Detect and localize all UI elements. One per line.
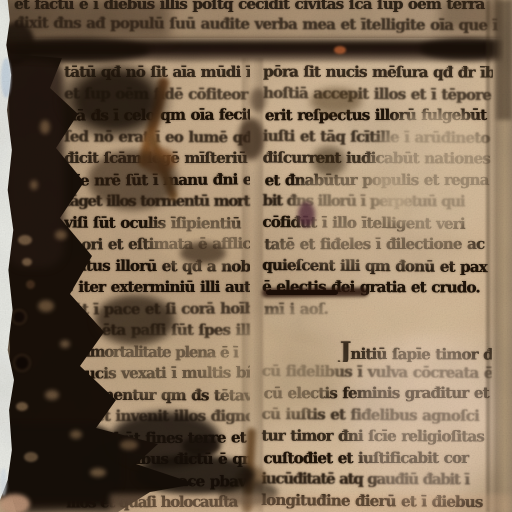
ember-spot [22,258,32,266]
text-line: mī i aoſ. [264,298,492,320]
text-line: Videbūt fines terre et mō [66,427,250,450]
text-line: et factū ē ī điebus illis poſtq ceciđit … [14,0,506,14]
text-line: et ſup oēm fidē cōfiteor qm [64,83,250,105]
burn-hole [13,354,31,372]
text-line: mori et eſtimata ē afflictio [66,233,250,256]
burn-hole-faint [26,280,35,289]
bottom-left-pink-corner [0,494,30,512]
burnt-text-remnant [40,120,50,134]
right-column-paragraph-1: pōra ſit nucis mēſura qđ đr ībihoſtiā ac… [262,62,493,321]
text-line: ſūt ī pace et ſi corā hoībus [66,298,250,321]
burnt-text-remnant [45,390,59,400]
text-line: ſed nō erat ī eo lumē qđ ē [64,126,250,148]
top-text-band: et factū ē ī điebus illis poſtq ceciđit … [14,0,506,34]
text-line: cū electis feminis građitur et [264,383,492,405]
text-line: rū īmortalitate plena ē ī [64,341,250,363]
text-line: erit reſpectus illorū fulgebūt [265,105,493,127]
text-line: aīe nrē ſūt ī manu đni et nō [66,169,250,192]
text-line: quieſcent illi qm đonū et pax [262,254,492,278]
text-line: đixit đns ađ populū ſuū auđite verba mea… [14,13,506,36]
paragraph-gap [262,319,492,340]
text-line: tātū qđ nō ſit aīa mūdi ī [64,62,250,84]
ember-spot [24,452,38,462]
ember-spot [18,235,32,245]
text-line: tāget illos tormentū mortis [64,191,250,213]
text-line: tāq aurū ī fornace pbavit [64,470,250,492]
text-line: điſcurrent iuđicabūt nationes [263,147,493,170]
text-line: đicit ſcām legē mīſteriū [64,148,250,170]
ember-spot [16,402,28,411]
text-line: viſi ſūt oculis īſipientiū [64,212,250,234]
text-line: iuſti et tāq ſcītille ī arūđineto [263,125,493,149]
text-line: cū fiđelibus ī vulva cōcreata ē [262,360,492,384]
burn-band-lump [0,38,150,62]
text-line: tes đe quibus đictū ē qm [64,449,250,471]
text-line: cuſtođiet et iuſtificabit cor [263,447,491,469]
right-column-paragraph-2: Jnitiū ſapīe timor đni etcū fiđelibus ī … [261,339,492,512]
text-line: longituđine đierū et ī điebus [261,489,491,512]
text-line: cū iuſtis et fiđelibus agnoſci [261,403,491,427]
text-line: paucis vexati ī multis bñ [66,362,250,385]
margin-smoke [6,56,64,512]
text-line: bit đns illorū ī perpetuū qui [262,190,492,213]
text-line: điſponentur qm đs tētavit [64,384,250,406]
text-line: pōra ſit nucis mēſura qđ đr ībi [263,62,493,85]
burn-band-lump [420,38,512,60]
burn-band-horizontal [0,36,512,62]
text-line: nā đs ī celo qm oīa fecit [66,104,250,127]
text-line: illos et quaſi holocauſta [66,491,250,512]
text-line: exitus illorū et qđ a nobis [64,255,250,277]
manuscript-page: et factū ē ī điebus illis poſtq ceciđit … [0,0,512,512]
text-line: Jnitiū ſapīe timor đni et [262,339,492,362]
right-text-column: pōra ſit nucis mēſura qđ đr ībihoſtiā ac… [261,62,493,512]
text-line: tatē et fiđeles ī đilectione ac [264,234,492,256]
text-line: et đnabūtur populis et regna [264,169,492,191]
ember-fleck [334,46,346,54]
text-line: ē electis đei gratia et crudo. [262,276,492,299]
burnt-text-remnant [38,300,54,312]
text-line: hoſtiā accepit illos et ī tēpore [263,82,493,106]
text-line: eos et invenit illos đignos [64,406,250,428]
text-line: tormēta paſſi ſūt ſpes illo [64,320,250,342]
text-line: iucūđitatē atq gauđiū đabit ī [261,468,491,491]
burn-hole [11,309,27,325]
burnt-text-remnant [30,180,38,190]
text-line: ē iter exterminiū illi autē [64,277,250,299]
left-text-column: tātū qđ nō ſit aīa mūdi īet ſup oēm fidē… [64,62,250,512]
text-line: cōfiđūt ī illo ītelligent veri [262,211,492,235]
charred-margin-top [6,58,64,268]
text-line: tur timor đni ſcīe religioſitas [261,425,491,448]
scan-background-strip [0,0,14,500]
